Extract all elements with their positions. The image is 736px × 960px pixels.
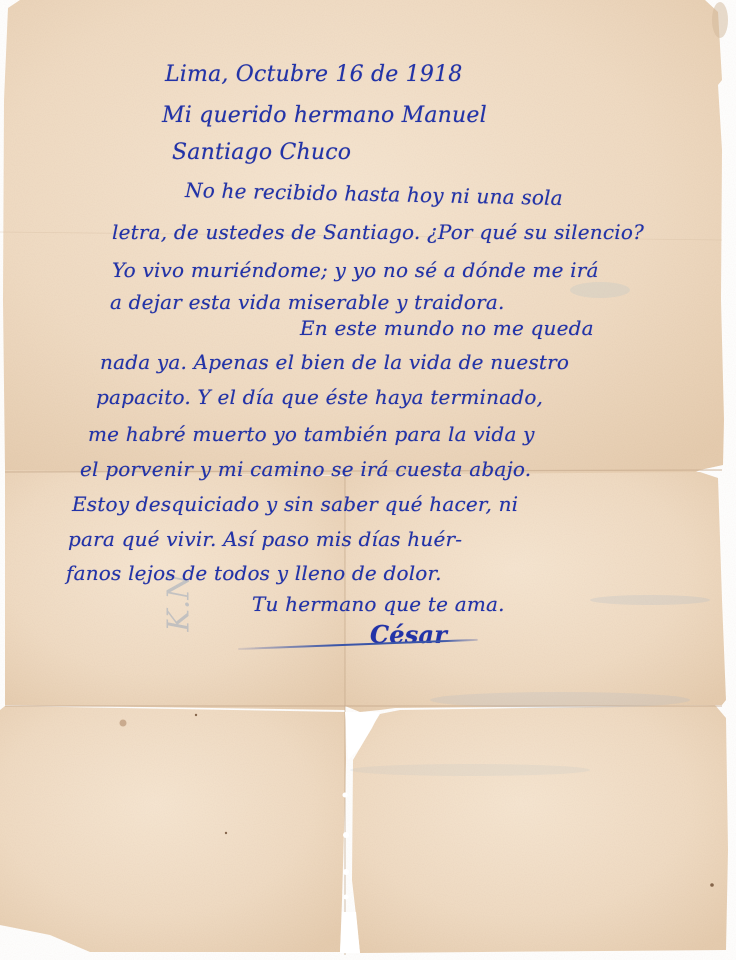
letter-signature: César bbox=[370, 620, 447, 649]
letter-body-line: el porvenir y mi camino se irá cuesta ab… bbox=[80, 457, 531, 481]
letter-body-line: Estoy desquiciado y sin saber qué hacer,… bbox=[72, 492, 518, 516]
letter-salutation: Mi querido hermano Manuel bbox=[162, 103, 487, 128]
letter-body-line: me habré muerto yo también para la vida … bbox=[88, 422, 535, 446]
letter-recipient-location: Santiago Chuco bbox=[172, 140, 351, 165]
letter-body-line: En este mundo no me queda bbox=[300, 316, 594, 340]
letter-body-line: nada ya. Apenas el bien de la vida de nu… bbox=[100, 350, 569, 374]
letter-body-line: a dejar esta vida miserable y traidora. bbox=[110, 290, 505, 314]
letter-body-line: papacito. Y el día que éste haya termina… bbox=[96, 385, 543, 409]
letter-body-line: letra, de ustedes de Santiago. ¿Por qué … bbox=[112, 220, 644, 244]
letter-body-line: para qué vivir. Así paso mis días huér- bbox=[68, 527, 462, 551]
tear-hole-small bbox=[343, 793, 348, 798]
letter-closing: Tu hermano que te ama. bbox=[252, 592, 505, 616]
letter-place-date: Lima, Octubre 16 de 1918 bbox=[165, 62, 462, 87]
tear-hole-small bbox=[344, 895, 349, 900]
letter-body-line: Yo vivo muriéndome; y yo no sé a dónde m… bbox=[112, 258, 599, 282]
letter-body-line: fanos lejos de todos y lleno de dolor. bbox=[66, 561, 442, 585]
scanned-letter: K.N Lima, Octubre 16 de 1918 Mi querido … bbox=[0, 0, 736, 960]
tear-hole-small bbox=[343, 832, 349, 838]
tear-hole-small bbox=[343, 869, 349, 875]
